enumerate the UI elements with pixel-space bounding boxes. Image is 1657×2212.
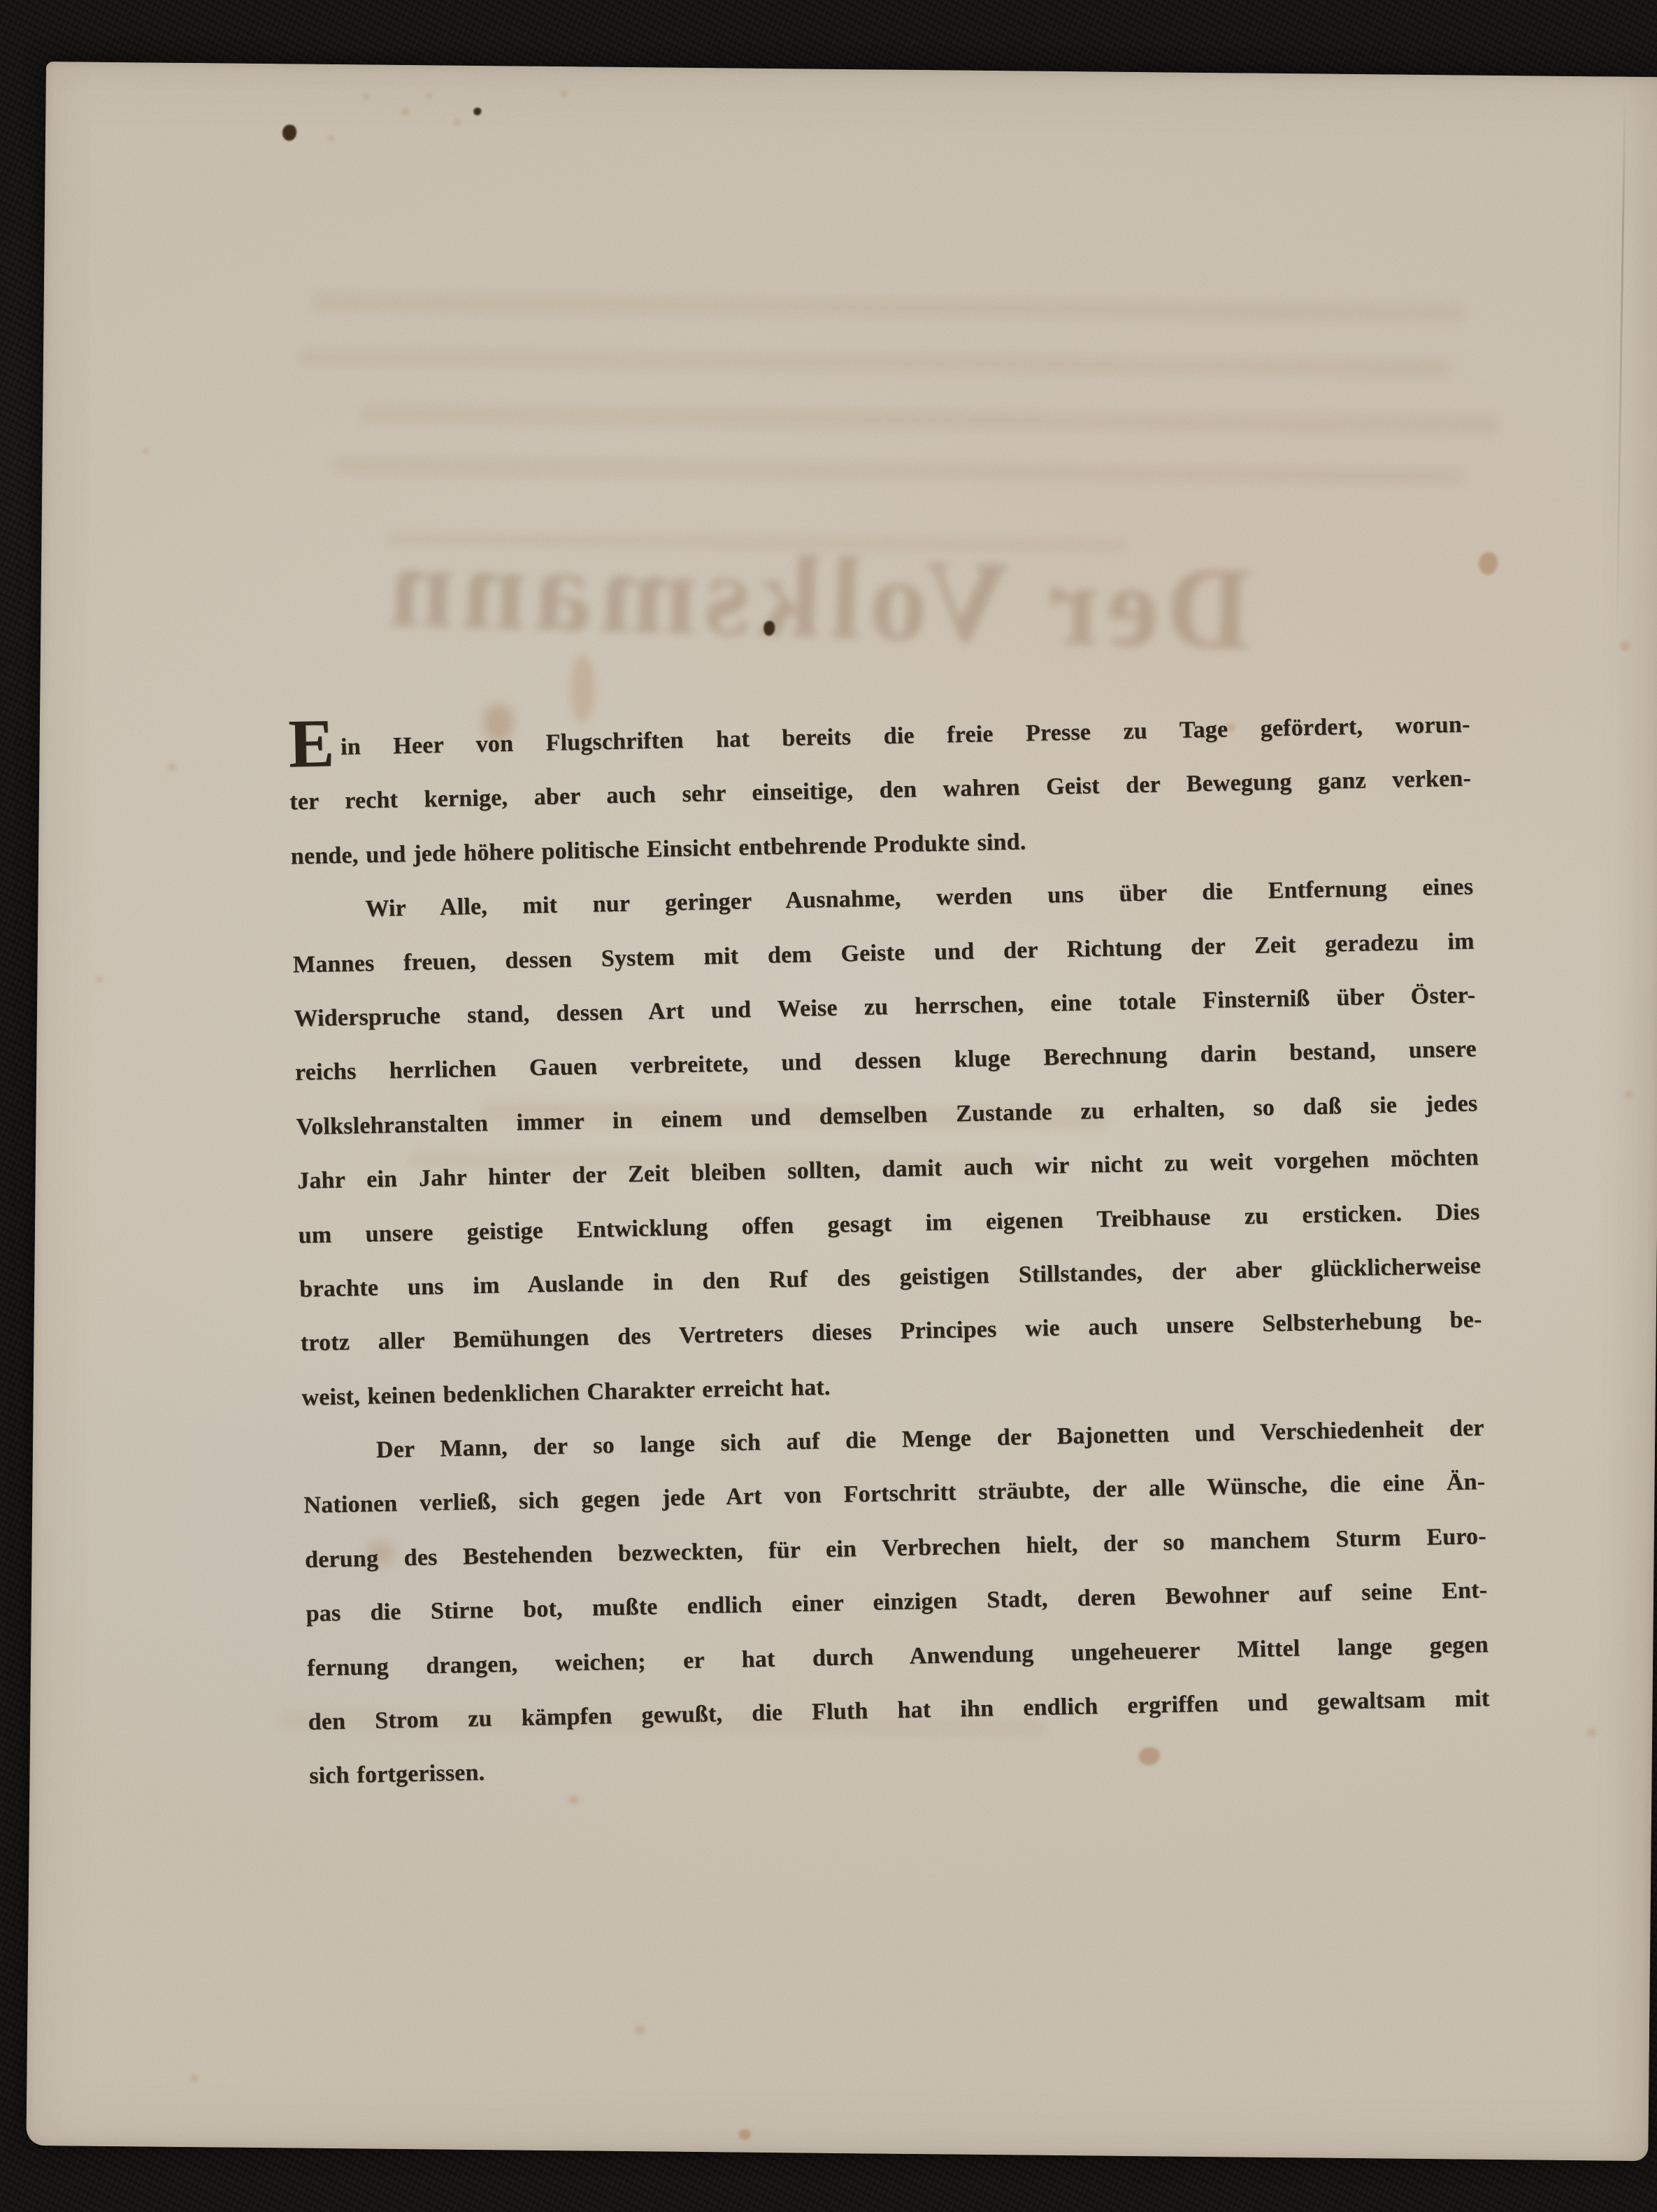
bleedthrough-band [313, 293, 1466, 322]
ink-speck [763, 621, 775, 636]
bleedthrough-title: Der Volksmann [258, 515, 1374, 727]
ink-speck [473, 108, 481, 115]
foxing-spot [363, 94, 369, 99]
book-backdrop: Der Volksmann Ein Heer von Flugschriften… [0, 0, 1657, 2212]
bleedthrough-band [360, 405, 1500, 434]
foxing-spot [143, 448, 150, 454]
paper-stain [571, 655, 595, 722]
text-block: Ein Heer von Flugschriften hat bereits d… [288, 697, 1491, 1803]
foxing-spot [635, 2025, 645, 2034]
foxing-spot [1479, 552, 1498, 575]
foxing-spot [168, 764, 175, 771]
foxing-spot [328, 136, 334, 141]
foxing-spot [96, 976, 102, 983]
foxing-spot [190, 2075, 198, 2082]
foxing-spot [739, 2129, 751, 2140]
foxing-spot [561, 91, 568, 97]
foxing-spot [426, 93, 432, 99]
document-page: Der Volksmann Ein Heer von Flugschriften… [26, 62, 1657, 2161]
paper-edge-shading [1606, 77, 1657, 2161]
foxing-spot [1587, 1728, 1596, 1736]
ink-speck [282, 124, 296, 141]
foxing-spot [401, 108, 410, 115]
bleedthrough-band [387, 533, 1128, 552]
bleedthrough-band [331, 457, 1464, 485]
bleedthrough-band [298, 348, 1451, 376]
foxing-spot [454, 120, 461, 126]
drop-cap-initial: E [288, 706, 336, 782]
